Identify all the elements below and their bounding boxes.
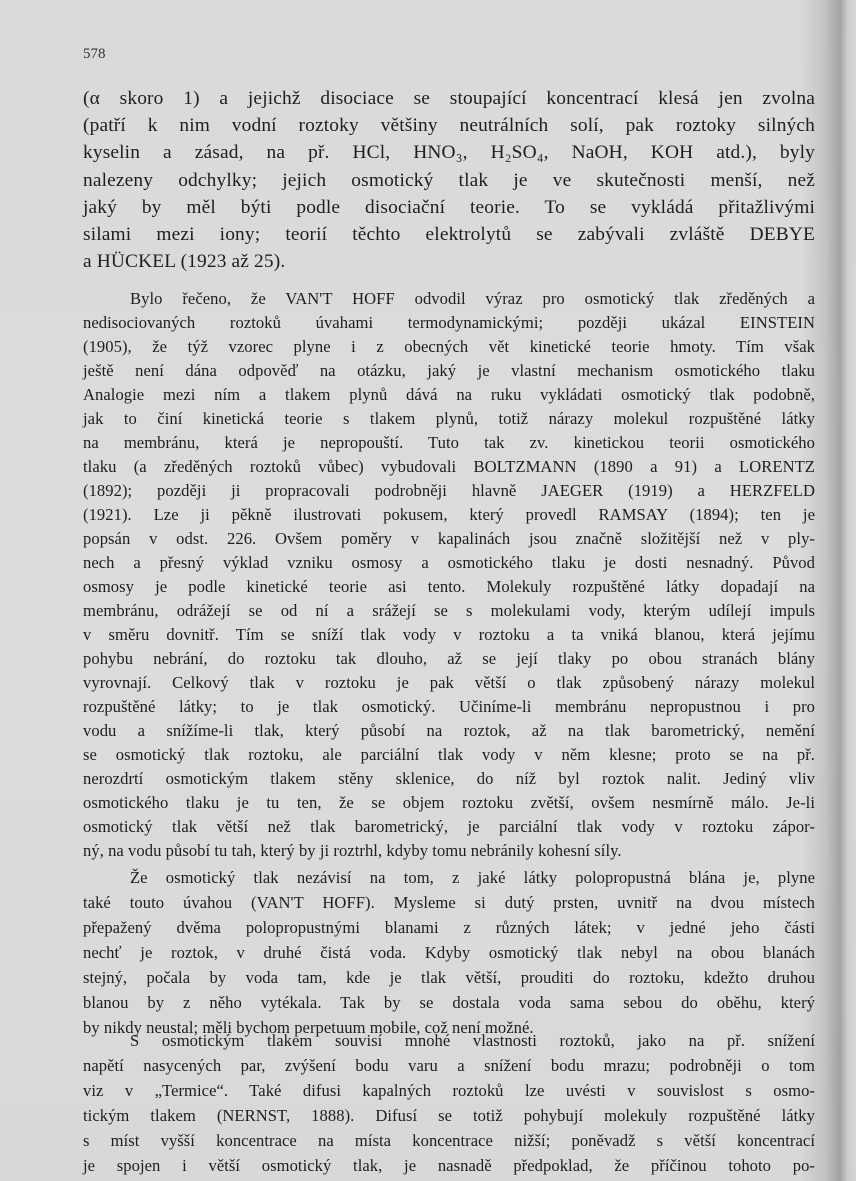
book-page: 578 (α skoro 1) a jejichž disociace se s… [0, 0, 856, 1181]
text-line: nedisociovaných roztoků úvahami termodyn… [83, 313, 815, 333]
text-line: tickým tlakem (NERNST, 1888). Difusí se … [83, 1106, 815, 1126]
text-line: nechť je roztok, v druhé čistá voda. Kdy… [83, 943, 815, 963]
text-line: osmosy je podle kinetické teorie asi ten… [83, 577, 815, 597]
text-line: s míst vyšší koncentrace na místa koncen… [83, 1131, 815, 1151]
text-line: ještě není dána odpověď na otázku, jaký … [83, 361, 815, 381]
text-line: Bylo řečeno, že VAN'T HOFF odvodil výraz… [130, 289, 815, 309]
text-line: tlaku (a zředěných roztoků vůbec) vybudo… [83, 457, 815, 477]
text-line: Že osmotický tlak nezávisí na tom, z jak… [130, 868, 815, 888]
text-line: (α skoro 1) a jejichž disociace se stoup… [83, 88, 815, 110]
text-line: rozpuštěné látky; to je tlak osmotický. … [83, 697, 815, 717]
text-line: také touto úvahou (VAN'T HOFF). Mysleme … [83, 893, 815, 913]
text-line: vyrovnají. Celkový tlak v roztoku je pak… [83, 673, 815, 693]
text-line: v směru dovnitř. Tím se sníží tlak vody … [83, 625, 815, 645]
text-line: nerozdrtí osmotickým tlakem stěny skleni… [83, 769, 815, 789]
text-line: kyselin a zásad, na př. HCl, HNO₃, H₂SO₄… [83, 142, 815, 164]
text-line: (patří k nim vodní roztoky většiny neutr… [83, 115, 815, 137]
page-number: 578 [83, 46, 106, 63]
text-line: Analogie mezi ním a tlakem plynů dává na… [83, 385, 815, 405]
text-line: se osmotický tlak roztoku, ale parciální… [83, 745, 815, 765]
text-line: pohybu nebrání, do roztoku tak dlouho, a… [83, 649, 815, 669]
text-line: nech a přesný výklad vzniku osmosy a osm… [83, 553, 815, 573]
text-line: je spojen i větší osmotický tlak, je nas… [83, 1156, 815, 1176]
text-line: nalezeny odchylky; jejich osmotický tlak… [83, 170, 815, 192]
text-line: a HÜCKEL (1923 až 25). [83, 251, 815, 273]
text-line: jak to činí kinetická teorie s tlakem pl… [83, 409, 815, 429]
text-line: membránu, odrážejí se od ní a srážejí se… [83, 601, 815, 621]
text-line: jaký by měl býti podle disociační teorie… [83, 197, 815, 219]
text-line: osmotického tlaku je tu ten, že se objem… [83, 793, 815, 813]
text-line: (1921). Lze ji pěkně ilustrovati pokusem… [83, 505, 815, 525]
text-line: popsán v odst. 226. Ovšem poměry v kapal… [83, 529, 815, 549]
text-line: na membránu, která je nepropouští. Tuto … [83, 433, 815, 453]
text-line: S osmotickým tlakem souvisí mnohé vlastn… [130, 1031, 815, 1051]
text-line: osmotický tlak větší než tlak barometric… [83, 817, 815, 837]
text-line: (1892); později ji propracovali podrobně… [83, 481, 815, 501]
text-line: viz v „Termice“. Také difusi kapalných r… [83, 1081, 815, 1101]
text-line: ný, na vodu působí tu tah, který by ji r… [83, 841, 815, 861]
text-line: vodu a snížíme-li tlak, který působí na … [83, 721, 815, 741]
text-line: přepažený dvěma polopropustnými blanami … [83, 918, 815, 938]
text-line: stejný, počala by voda tam, kde je tlak … [83, 968, 815, 988]
text-line: (1905), že týž vzorec plyne i z obecných… [83, 337, 815, 357]
text-line: silami mezi iony; teorií těchto elektrol… [83, 224, 815, 246]
text-line: blanou by z něho vytékala. Tak by se dos… [83, 993, 815, 1013]
text-line: napětí nasycených par, zvýšení bodu varu… [83, 1056, 815, 1076]
